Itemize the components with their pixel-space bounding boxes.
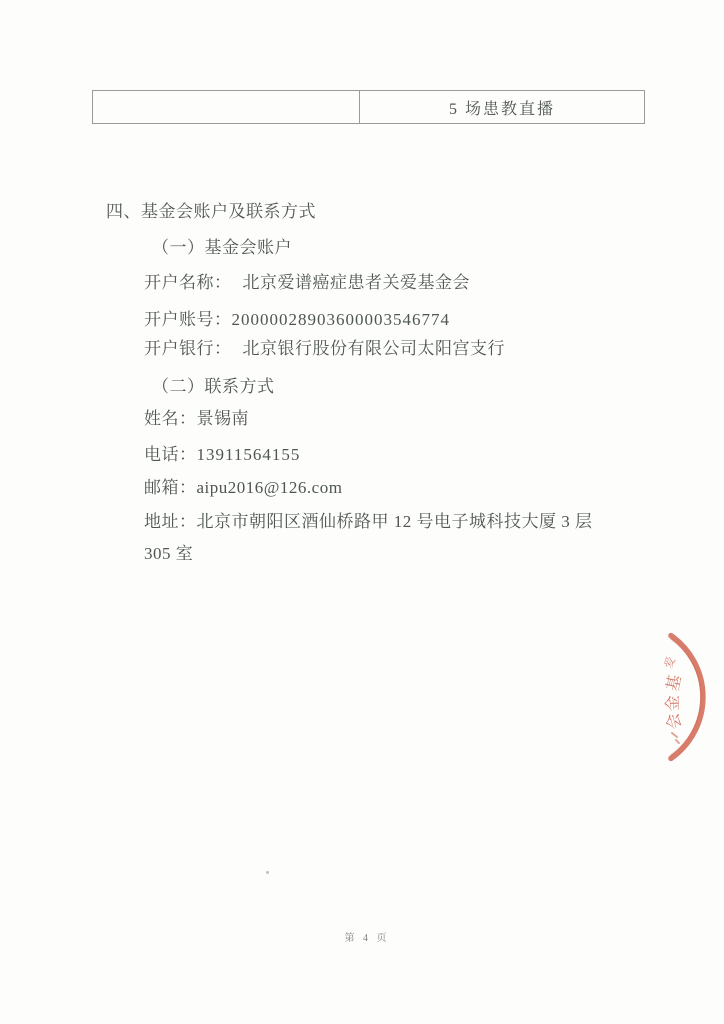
field-contact-name-label: 姓名：: [144, 408, 197, 430]
field-account-number-label: 开户账号：: [144, 309, 232, 331]
field-address: 地址：北京市朝阳区酒仙桥路甲 12 号电子城科技大厦 3 层: [144, 511, 593, 533]
field-bank-label: 开户银行：: [144, 338, 232, 360]
field-account-number: 开户账号：20000028903600003546774: [144, 309, 450, 331]
table-cell-live-broadcast: 5 场患教直播: [360, 91, 644, 123]
field-address-continuation: 305 室: [144, 543, 193, 565]
field-account-name: 开户名称：北京爱谱癌症患者关爱基金会: [144, 272, 470, 294]
seal-char: 会: [663, 711, 684, 731]
field-phone-value: 13911564155: [197, 444, 301, 466]
field-contact-name: 姓名：景锡南: [144, 408, 249, 430]
field-address-value: 北京市朝阳区酒仙桥路甲 12 号电子城科技大厦 3 层: [197, 511, 593, 533]
seal-mark: [672, 733, 679, 743]
table-cell-empty: [93, 91, 360, 123]
subsection-contact-heading: （二）联系方式: [152, 376, 275, 398]
field-email-label: 邮箱：: [144, 477, 197, 499]
field-bank-value: 北京银行股份有限公司太阳宫支行: [243, 338, 506, 360]
seal-char-partial: 爱: [662, 655, 678, 670]
field-account-number-value: 20000028903600003546774: [232, 309, 451, 331]
seal-char: 基: [664, 673, 685, 692]
scan-speckle: [266, 871, 269, 874]
field-contact-name-value: 景锡南: [197, 408, 250, 430]
official-seal: 爱 基 金 会: [618, 612, 724, 808]
field-email: 邮箱：aipu2016@126.com: [144, 477, 342, 499]
page-number: 第 4 页: [0, 929, 724, 944]
field-bank: 开户银行：北京银行股份有限公司太阳宫支行: [144, 338, 505, 360]
document-page: 5 场患教直播 四、基金会账户及联系方式 （一）基金会账户 开户名称：北京爱谱癌…: [0, 0, 724, 1024]
summary-table: 5 场患教直播: [92, 90, 645, 124]
field-email-value: aipu2016@126.com: [197, 477, 343, 499]
field-phone-label: 电话：: [144, 444, 197, 466]
subsection-account-heading: （一）基金会账户: [152, 237, 292, 259]
section-title: 四、基金会账户及联系方式: [106, 201, 316, 223]
field-address-label: 地址：: [144, 511, 197, 533]
field-account-name-value: 北京爱谱癌症患者关爱基金会: [243, 272, 471, 294]
seal-char: 金: [664, 695, 683, 712]
field-phone: 电话：13911564155: [144, 444, 300, 466]
field-account-name-label: 开户名称：: [144, 272, 232, 294]
